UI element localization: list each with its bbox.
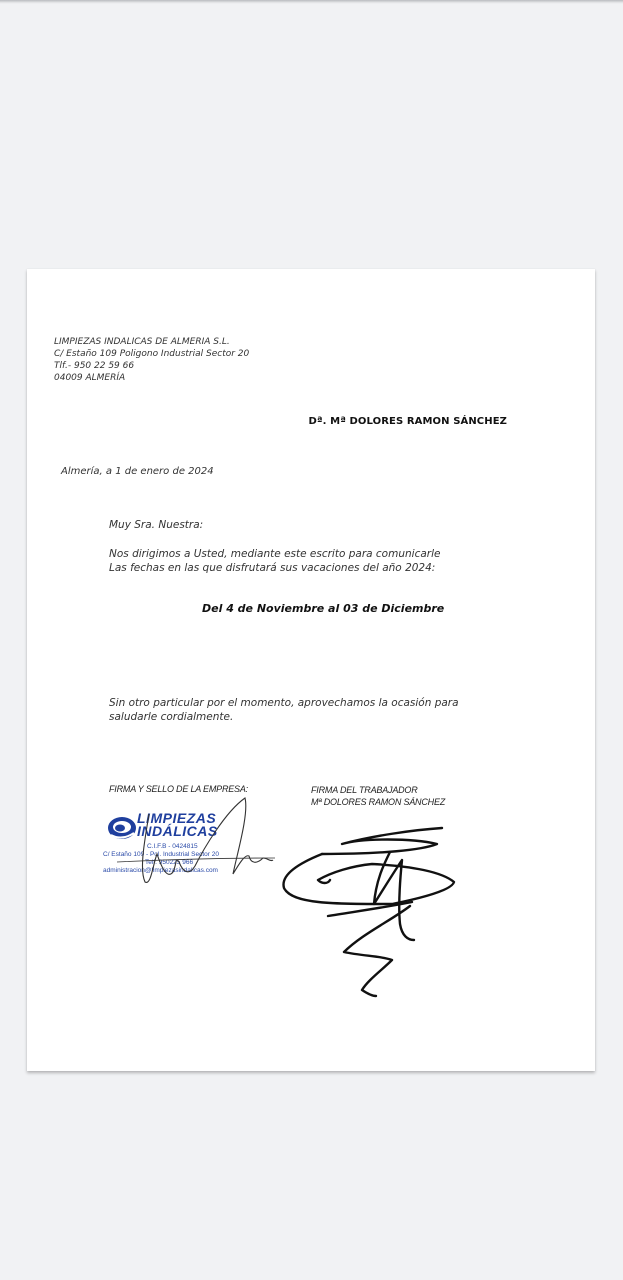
company-signature-icon xyxy=(117,794,277,889)
vacation-period: Del 4 de Noviembre al 03 de Diciembre xyxy=(202,602,444,615)
body-line: Las fechas en las que disfrutará sus vac… xyxy=(109,561,440,575)
top-bar-shadow xyxy=(0,0,623,4)
worker-signature-block: FIRMA DEL TRABAJADOR Mª DOLORES RAMON SÁ… xyxy=(311,784,445,808)
sender-address: C/ Estaño 109 Poligono Industrial Sector… xyxy=(54,348,249,360)
body-paragraph: Nos dirigimos a Usted, mediante este esc… xyxy=(109,547,440,575)
document-page: LIMPIEZAS INDALICAS DE ALMERIA S.L. C/ E… xyxy=(27,269,595,1071)
sender-phone: Tlf.- 950 22 59 66 xyxy=(54,360,249,372)
closing-line: Sin otro particular por el momento, apro… xyxy=(109,696,459,710)
sender-block: LIMPIEZAS INDALICAS DE ALMERIA S.L. C/ E… xyxy=(54,336,249,384)
worker-signature-icon xyxy=(272,824,472,999)
date-line: Almería, a 1 de enero de 2024 xyxy=(61,466,214,477)
recipient-name: Dª. Mª DOLORES RAMON SÁNCHEZ xyxy=(309,416,507,427)
sender-company: LIMPIEZAS INDALICAS DE ALMERIA S.L. xyxy=(54,336,249,348)
closing-paragraph: Sin otro particular por el momento, apro… xyxy=(109,696,459,724)
worker-signature-label: FIRMA DEL TRABAJADOR xyxy=(311,784,445,796)
body-line: Nos dirigimos a Usted, mediante este esc… xyxy=(109,547,440,561)
sender-city: 04009 ALMERÍA xyxy=(54,372,249,384)
company-signature-label: FIRMA Y SELLO DE LA EMPRESA: xyxy=(109,784,248,794)
worker-name: Mª DOLORES RAMON SÁNCHEZ xyxy=(311,796,445,808)
closing-line: saludarle cordialmente. xyxy=(109,710,459,724)
greeting: Muy Sra. Nuestra: xyxy=(109,519,203,531)
